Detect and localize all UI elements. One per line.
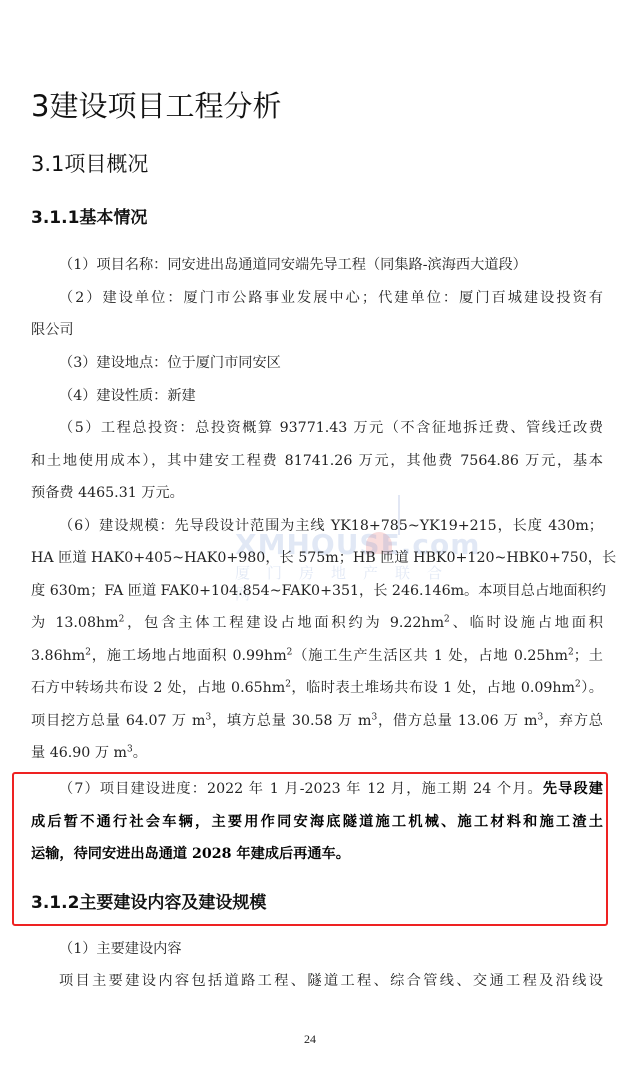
text-run: ，包含主体工程建设占地面积约为 9.22hm — [124, 615, 444, 631]
item-construction-unit-line2: 限公司 — [31, 320, 603, 340]
item-investment-line2: 和土地使用成本），其中建安工程费 81741.26 万元，其他费 7564.86… — [31, 451, 603, 471]
page-number: 24 — [0, 1032, 620, 1047]
item-nature: （4）建设性质：新建 — [59, 386, 603, 406]
item-schedule-line1: （7）项目建设进度：2022 年 1 月-2023 年 12 月，施工期 24 … — [59, 779, 603, 799]
text-run: ，填方总量 30.58 万 m — [211, 713, 371, 729]
item-scale-line5: 3.86hm2，施工场地占地面积 0.99hm2（施工生产生活区共 1 处，占地… — [31, 646, 603, 666]
item-construction-unit-line1: （2）建设单位：厦门市公路事业发展中心；代建单位：厦门百城建设投资有 — [59, 288, 603, 308]
sub-item-main-content-text: 项目主要建设内容包括道路工程、隧道工程、综合管线、交通工程及沿线设 — [59, 971, 603, 991]
text-run: 为 13.08hm — [31, 615, 119, 631]
item-scale-line8: 量 46.90 万 m3。 — [31, 743, 603, 763]
item-scale-line4: 为 13.08hm2，包含主体工程建设占地面积约为 9.22hm2、临时设施占地… — [31, 613, 603, 633]
text-run: 、临时设施占地面积 — [450, 615, 603, 631]
item-schedule-line3: 运输，待同安进出岛通道 2028 年建成后再通车。 — [31, 844, 603, 864]
text-run: ）。 — [581, 680, 603, 696]
text-run: ，施工场地占地面积 0.99hm — [91, 648, 287, 664]
chapter-heading: 3建设项目工程分析 — [31, 84, 281, 125]
item-investment-line3: 预备费 4465.31 万元。 — [31, 483, 603, 503]
item-scale-line7: 项目挖方总量 64.07 万 m3，填方总量 30.58 万 m3，借方总量 1… — [31, 711, 603, 731]
item-location: （3）建设地点：位于厦门市同安区 — [59, 353, 603, 373]
text-run: （施工生产生活区共 1 处，占地 0.25hm — [292, 648, 568, 664]
sub-item-main-content: （1）主要建设内容 — [59, 939, 603, 959]
text-run: ，借方总量 13.06 万 m — [377, 713, 537, 729]
item-schedule-line2: 成后暂不通行社会车辆，主要用作同安海底隧道施工机械、施工材料和施工渣土 — [31, 812, 603, 832]
item-scale-line6: 石方中转场共布设 2 处，占地 0.65hm2，临时表土堆场共布设 1 处，占地… — [31, 678, 603, 698]
text-run: 3.86hm — [31, 648, 85, 664]
text-run: ，弃方总 — [543, 713, 603, 729]
subsection-heading-main-content: 3.1.2主要建设内容及建设规模 — [31, 888, 266, 913]
text-run-bold: 先导段建 — [543, 781, 603, 797]
item-investment-line1: （5）工程总投资：总投资概算 93771.43 万元（不含征地拆迁费、管线迁改费 — [59, 418, 603, 438]
section-heading: 3.1项目概况 — [31, 148, 148, 178]
text-run: 量 46.90 万 m — [31, 745, 127, 761]
item-scale-line1: （6）建设规模：先导段设计范围为主线 YK18+785~YK19+215，长度 … — [59, 516, 603, 536]
text-run: （7）项目建设进度：2022 年 1 月-2023 年 12 月，施工期 24 … — [59, 781, 543, 797]
item-scale-line2: HA 匝道 HAK0+405~HAK0+980，长 575m；HB 匝道 HBK… — [31, 548, 603, 568]
item-project-name: （1）项目名称：同安进出岛通道同安端先导工程（同集路-滨海西大道段） — [59, 255, 603, 275]
document-page: 3建设项目工程分析 3.1项目概况 3.1.1基本情况 （1）项目名称：同安进出… — [0, 0, 620, 1078]
text-run: 石方中转场共布设 2 处，占地 0.65hm — [31, 680, 285, 696]
subsection-heading-basic-info: 3.1.1基本情况 — [31, 203, 147, 228]
item-scale-line3: 度 630m；FA 匝道 FAK0+104.854~FAK0+351，长 246… — [31, 581, 603, 601]
text-run: 。 — [133, 745, 147, 761]
text-run: ，临时表土堆场共布设 1 处，占地 0.09hm — [291, 680, 575, 696]
text-run: 项目挖方总量 64.07 万 m — [31, 713, 205, 729]
text-run: ；土 — [574, 648, 603, 664]
